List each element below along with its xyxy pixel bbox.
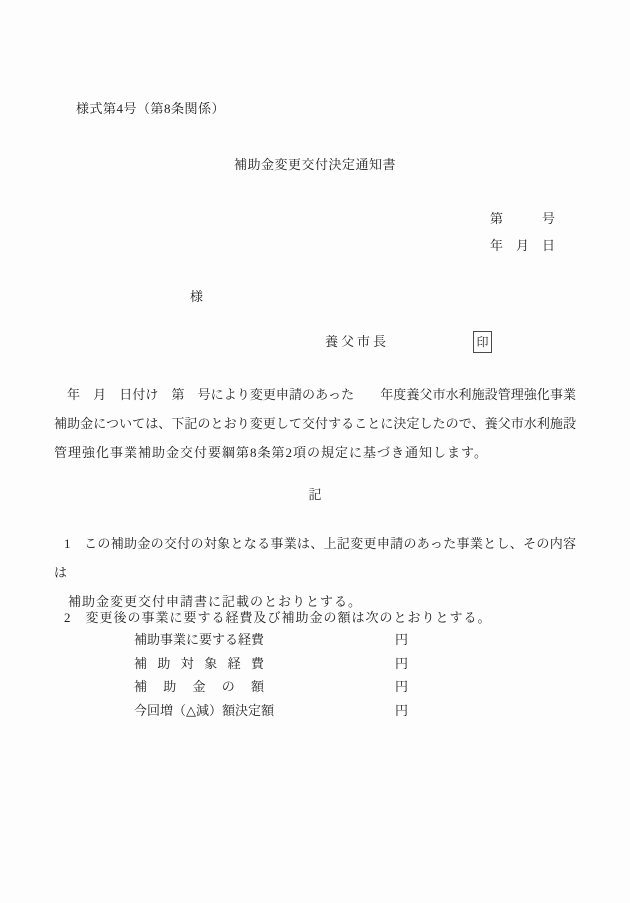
seal-mark: 印 (473, 331, 492, 353)
body-paragraph: 年 月 日付け 第 号により変更申請のあった 年度養父市水利施設管理強化事業 補… (54, 380, 576, 467)
ki-heading: 記 (54, 487, 576, 502)
cost-row-unit: 円 (395, 675, 408, 699)
issuer-name: 養父市長 (325, 334, 389, 349)
document-number-placeholder: 第 号 (490, 211, 555, 226)
cost-row-eligible-expense: 補助対象経費 円 (54, 652, 576, 676)
cost-row-unit: 円 (395, 628, 408, 652)
cost-row-label: 今回増（△減）額決定額 (134, 699, 274, 723)
body-line-2: 補助金については、下記のとおり変更して交付することに決定したので、養父市水利施設 (54, 409, 576, 438)
item-1-line-1: 1 この補助金の交付の対象となる事業は、上記変更申請のあった事業とし、その内容は (54, 529, 576, 587)
form-number: 様式第4号（第8条関係） (76, 101, 225, 116)
cost-row-subsidy-amount: 補助金の額 円 (54, 675, 576, 699)
cost-row-unit: 円 (395, 652, 408, 676)
cost-row-project-expense: 補助事業に要する経費 円 (54, 628, 576, 652)
body-line-3: 管理強化事業補助金交付要綱第8条第2項の規定に基づき通知します。 (54, 438, 576, 467)
cost-row-label: 補助対象経費 (134, 652, 264, 676)
cost-row-label: 補助金の額 (134, 675, 264, 699)
document-page: 様式第4号（第8条関係） 補助金変更交付決定通知書 第 号 年 月 日 様 養父… (0, 0, 630, 903)
body-line-1: 年 月 日付け 第 号により変更申請のあった 年度養父市水利施設管理強化事業 (54, 380, 576, 409)
recipient-honorific: 様 (190, 289, 203, 304)
cost-row-label: 補助事業に要する経費 (134, 628, 264, 652)
cost-row-change-amount: 今回増（△減）額決定額 円 (54, 699, 576, 723)
cost-table: 補助事業に要する経費 円 補助対象経費 円 補助金の額 円 今回増（△減）額決定… (54, 628, 576, 722)
date-placeholder: 年 月 日 (490, 238, 555, 253)
cost-row-unit: 円 (395, 699, 408, 723)
document-title: 補助金変更交付決定通知書 (54, 157, 576, 172)
